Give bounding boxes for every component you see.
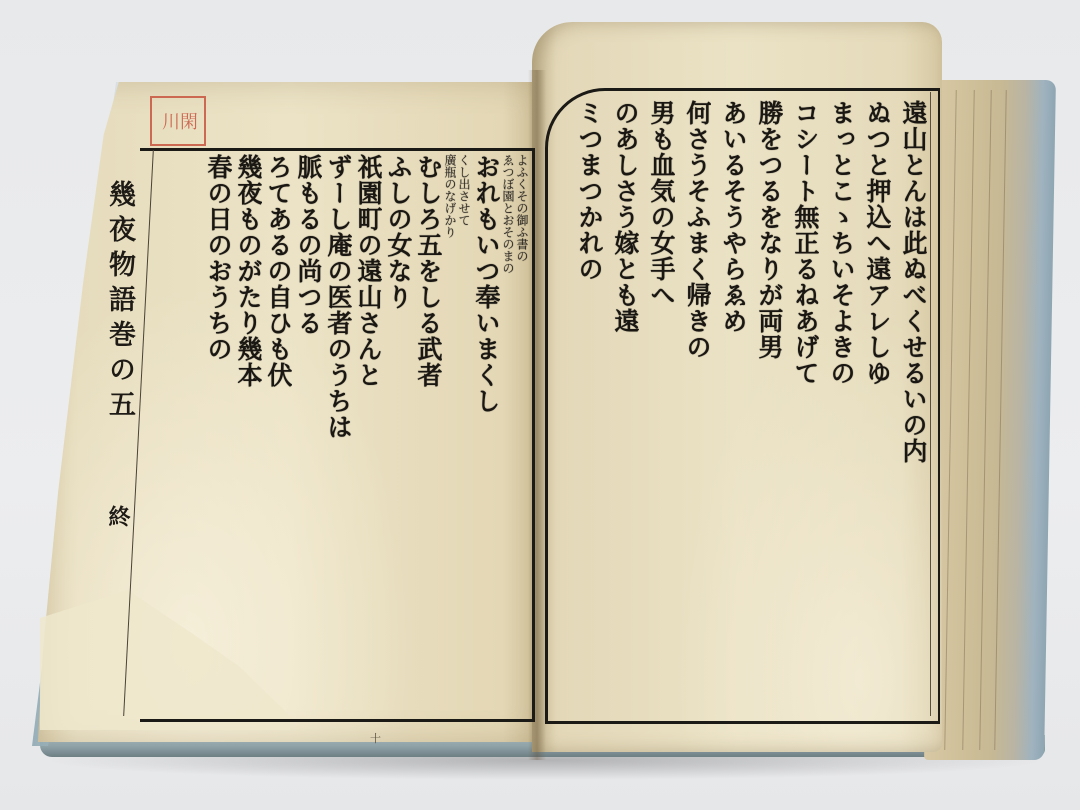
seal-char: 閑 — [178, 112, 196, 130]
left-text-block: よふくその御ふ書の ゑつぼ園とおそのまの おれもいつ奉いまくし くし出させて 廣… — [146, 154, 528, 710]
end-mark: 終 — [103, 505, 134, 533]
text-column: あいるそうやらゑめ — [711, 100, 747, 710]
text-column: おれもいつ奉いまくし — [470, 154, 500, 710]
title-text: 幾夜物語巻 — [104, 180, 135, 355]
text-column: ミつまつかれの — [567, 100, 603, 710]
text-column: 脈もるの尚つる — [292, 154, 322, 710]
text-column: 何さうそふまく帰きの — [675, 100, 711, 710]
text-column: ろてあるの自ひも伏 — [262, 154, 292, 710]
text-column: まっとこゝちいそよきの — [819, 100, 855, 710]
text-column: 男も血気の女手へ — [639, 100, 675, 710]
volume-title: 幾夜物語巻の五 — [100, 180, 139, 510]
text-column: よふくその御ふ書の — [514, 154, 528, 710]
text-column: 幾夜ものがたり幾本 — [232, 154, 262, 710]
footer-mark: 十 — [370, 730, 381, 746]
text-column: 祇園町の遠山さんと — [352, 154, 382, 710]
text-column: 遠山とんは此ぬべくせるいの内 — [891, 100, 927, 710]
text-column: ずーし庵の医者のうちは — [322, 154, 352, 710]
page-edge-line — [944, 90, 957, 750]
text-column: むしろ五をしる武者 — [412, 154, 442, 710]
right-text-block: 遠山とんは此ぬべくせるいの内 ぬつと押込へ遠アレしゆ まっとこゝちいそよきの コ… — [552, 100, 927, 710]
red-seal: 閑 川 — [150, 96, 206, 146]
text-column: 勝をつるをなりが両男 — [747, 100, 783, 710]
page-stack — [924, 80, 1056, 760]
right-frame-rule — [930, 92, 931, 716]
text-column: のあしさう嫁とも遠 — [603, 100, 639, 710]
text-column: コシート無正るねあげて — [783, 100, 819, 710]
page-edge-line — [979, 90, 992, 750]
title-suffix: の五 — [104, 355, 135, 425]
page-edge-line — [994, 90, 1007, 750]
text-column: 春の日のおうちの — [202, 154, 232, 710]
page-edge-line — [962, 90, 975, 750]
text-column: ゑつぼ園とおそのまの — [500, 154, 514, 710]
seal-char: 川 — [160, 112, 178, 130]
text-column: 廣瓶のなげかり — [442, 154, 456, 710]
text-column: ぬつと押込へ遠アレしゆ — [855, 100, 891, 710]
text-column: くし出させて — [456, 154, 470, 710]
text-column: ふしの女なり — [382, 154, 412, 710]
